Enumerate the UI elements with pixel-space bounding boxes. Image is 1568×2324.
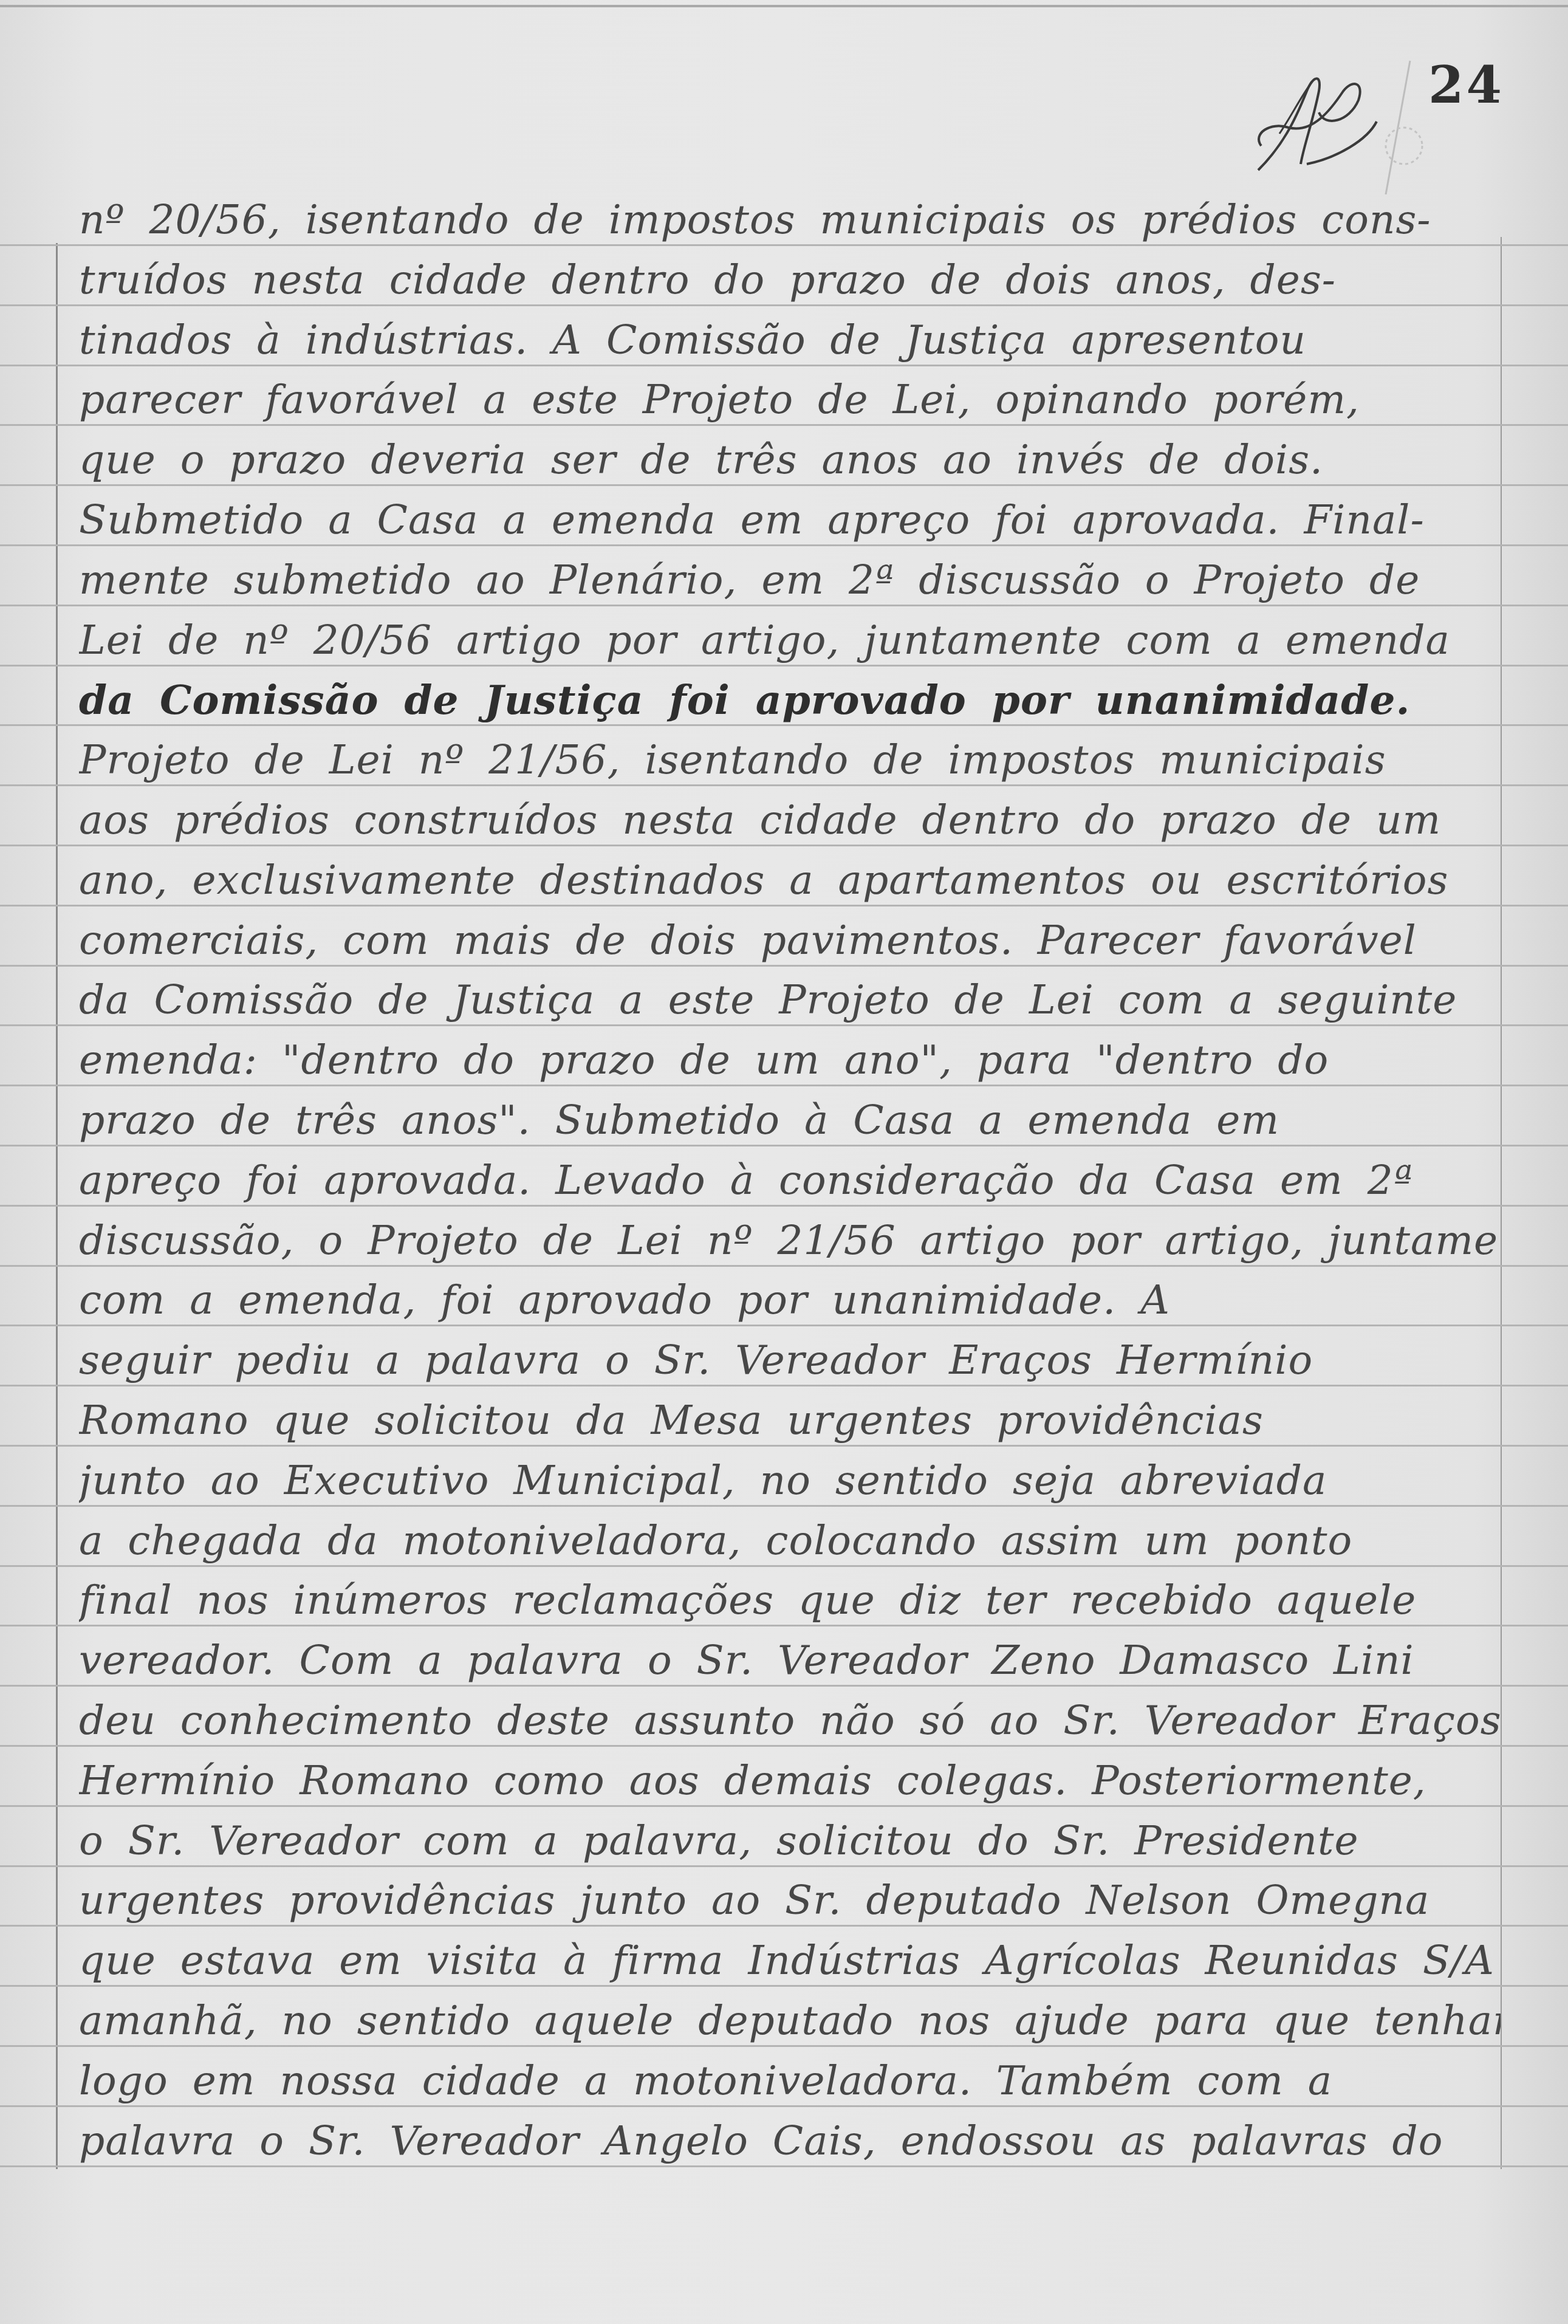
- manuscript-page: 24 nº 20/56, isentando de impostos munic…: [0, 0, 1568, 2324]
- manuscript-line: palavra o Sr. Vereador Angelo Cais, endo…: [79, 2117, 1501, 2165]
- manuscript-line: ano, exclusivamente destinados a apartam…: [79, 856, 1501, 905]
- manuscript-line: apreço foi aprovada. Levado à consideraç…: [79, 1156, 1501, 1205]
- manuscript-line: vereador. Com a palavra o Sr. Vereador Z…: [79, 1636, 1501, 1685]
- manuscript-line: da Comissão de Justiça a este Projeto de…: [79, 976, 1501, 1024]
- manuscript-line: prazo de três anos". Submetido à Casa a …: [79, 1096, 1501, 1145]
- manuscript-line: junto ao Executivo Municipal, no sentido…: [79, 1456, 1501, 1505]
- manuscript-line: da Comissão de Justiça foi aprovado por …: [79, 676, 1501, 724]
- manuscript-text: nº 20/56, isentando de impostos municipa…: [0, 0, 1568, 2324]
- manuscript-line: com a emenda, foi aprovado por unanimida…: [79, 1276, 1501, 1325]
- manuscript-line: comerciais, com mais de dois pavimentos.…: [79, 916, 1501, 965]
- manuscript-line: discussão, o Projeto de Lei nº 21/56 art…: [79, 1216, 1501, 1265]
- manuscript-line: Projeto de Lei nº 21/56, isentando de im…: [79, 736, 1501, 784]
- manuscript-line: Submetido a Casa a emenda em apreço foi …: [79, 496, 1501, 544]
- manuscript-line: aos prédios construídos nesta cidade den…: [79, 796, 1501, 845]
- manuscript-line: tinados à indústrias. A Comissão de Just…: [79, 316, 1501, 365]
- manuscript-line: final nos inúmeros reclamações que diz t…: [79, 1576, 1501, 1625]
- manuscript-line: truídos nesta cidade dentro do prazo de …: [79, 256, 1501, 304]
- manuscript-line: que estava em visita à firma Indústrias …: [79, 1936, 1501, 1985]
- manuscript-line: mente submetido ao Plenário, em 2ª discu…: [79, 556, 1501, 605]
- manuscript-line: Romano que solicitou da Mesa urgentes pr…: [79, 1396, 1501, 1445]
- manuscript-line: o Sr. Vereador com a palavra, solicitou …: [79, 1817, 1501, 1865]
- manuscript-line: Lei de nº 20/56 artigo por artigo, junta…: [79, 616, 1501, 665]
- manuscript-line: emenda: "dentro do prazo de um ano", par…: [79, 1036, 1501, 1085]
- manuscript-line: que o prazo deveria ser de três anos ao …: [79, 436, 1501, 484]
- manuscript-line: deu conhecimento deste assunto não só ao…: [79, 1696, 1501, 1745]
- manuscript-line: parecer favorável a este Projeto de Lei,…: [79, 375, 1501, 424]
- manuscript-line: nº 20/56, isentando de impostos municipa…: [79, 196, 1501, 244]
- manuscript-line: seguir pediu a palavra o Sr. Vereador Er…: [79, 1336, 1501, 1385]
- manuscript-line: amanhã, no sentido aquele deputado nos a…: [79, 1997, 1501, 2045]
- manuscript-line: a chegada da motoniveladora, colocando a…: [79, 1517, 1501, 1565]
- manuscript-line: Hermínio Romano como aos demais colegas.…: [79, 1757, 1501, 1805]
- manuscript-line: urgentes providências junto ao Sr. deput…: [79, 1876, 1501, 1925]
- manuscript-line: logo em nossa cidade a motoniveladora. T…: [79, 2057, 1501, 2105]
